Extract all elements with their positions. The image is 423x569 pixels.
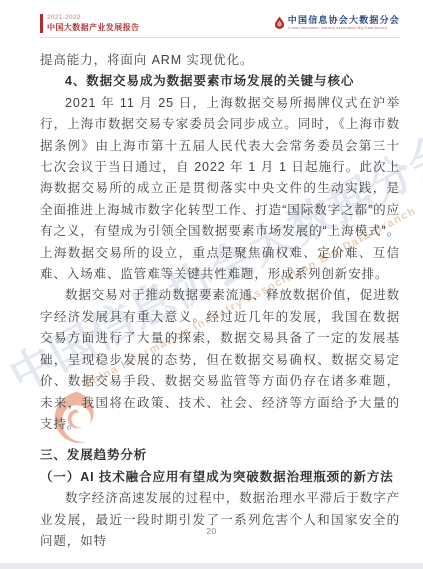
page-number: 20 bbox=[0, 526, 423, 536]
paragraph-3: 数字经济高速发展的过程中，数据治理水平滞后于数字产业发展，最近一段时期引发了一系… bbox=[40, 488, 400, 552]
heading-4: 4、数据交易成为数据要素市场发展的关键与核心 bbox=[40, 71, 400, 92]
subsection-heading-3-1: （一）AI 技术融合应用有望成为突破数据治理瓶颈的新方法 bbox=[40, 467, 400, 488]
paragraph-2: 数据交易对于推动数据要素流通、释放数据价值，促进数字经济发展具有重大意义。经过近… bbox=[40, 285, 400, 435]
org-drop-icon bbox=[274, 16, 285, 29]
header-divider bbox=[40, 37, 400, 38]
report-years: 2021-2022 bbox=[47, 14, 139, 22]
section-heading-3: 三、发展趋势分析 bbox=[40, 445, 400, 466]
report-banner: 2021-2022 中国大数据产业发展报告 bbox=[40, 14, 139, 33]
intro-line: 提高能力，将面向 ARM 实现优化。 bbox=[40, 50, 400, 71]
report-title: 中国大数据产业发展报告 bbox=[47, 22, 139, 33]
paragraph-1: 2021 年 11 月 25 日，上海数据交易所揭牌仪式在沪举行，上海市数据交易… bbox=[40, 93, 400, 286]
org-name-en: China Information Industry Association B… bbox=[288, 26, 387, 31]
org-logo: 中国信息协会大数据分会 China Information Industry A… bbox=[274, 15, 400, 31]
org-name: 中国信息协会大数据分会 bbox=[288, 15, 400, 26]
page-bottom-edge bbox=[0, 563, 423, 569]
red-accent-bar bbox=[40, 14, 43, 33]
report-page: { "header": { "report_years": "2021-2022… bbox=[0, 0, 423, 569]
page-header: 2021-2022 中国大数据产业发展报告 中国信息协会大数据分会 China … bbox=[40, 14, 400, 38]
document-body: 提高能力，将面向 ARM 实现优化。 4、数据交易成为数据要素市场发展的关键与核… bbox=[40, 50, 400, 552]
